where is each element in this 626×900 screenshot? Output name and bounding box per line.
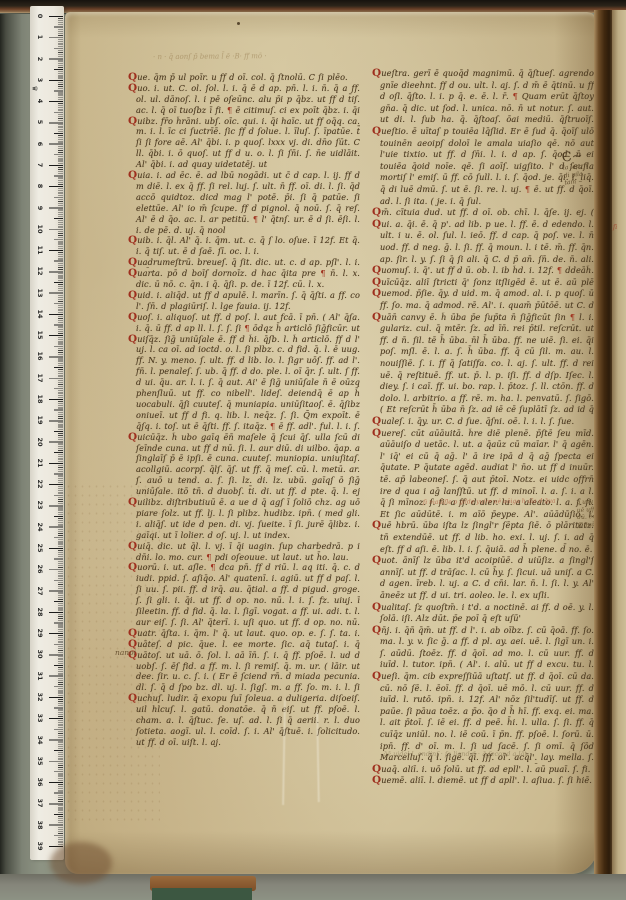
ruler-number: 37 (36, 796, 44, 810)
ruler-number: 21 (36, 456, 44, 470)
rubric-initial: Q (128, 541, 137, 552)
rubric-initial: Q (372, 126, 381, 137)
rubric-initial: Q (372, 775, 381, 786)
ruler-number: 19 (36, 413, 44, 427)
ruler-number: 9 (36, 201, 44, 215)
gloss-line: ff duā (577, 521, 595, 529)
rubric-paraph: ¶ (570, 312, 575, 322)
manuscript-paragraph: Quibz. fr̄o h̄rāni. ubſ. oīc. qui. i. q̄… (128, 116, 360, 171)
rubric-initial: Q (128, 257, 137, 268)
rubric-initial: Q (372, 219, 381, 230)
rubric-initial: Q (372, 764, 381, 775)
rubric-initial: Q (372, 428, 381, 439)
rubric-paraph: ¶ (320, 268, 325, 278)
ruler-number: 5 (36, 115, 44, 129)
rubric-initial: Q (128, 116, 137, 127)
ruler-number: 7 (36, 158, 44, 172)
manuscript-paragraph: Quarta. pō d boīſ dornoīz. d hac q̄ita p… (128, 268, 360, 290)
rubric-initial: Q (128, 628, 137, 639)
manuscript-paragraph: Quib. i. q̄l. Al' q̄. i. q̄m. ut. c. q̄ … (128, 235, 360, 257)
ruler-number: 13 (36, 286, 44, 300)
manuscript-paragraph: Quaq̄. aliī. i. uō ſolū. ut ff. ad epll'… (372, 764, 594, 776)
rubric-initial: Q (372, 602, 381, 613)
manuscript-paragraph: Quo. i. ut. C. ol. ſol. l. i. q̄ ē d ap.… (128, 83, 360, 116)
ruler-number: 36 (36, 775, 44, 789)
rubric-paraph: ¶ (557, 265, 562, 275)
text-column-left: Que. q̄m p̄ ul poīr. u ff d oī. col. q̄ … (128, 72, 360, 748)
manuscript-paragraph: Quereſ. cūt aūāuitā. h̄re diē plenē. p̄ſ… (372, 428, 594, 521)
rubric-initial: Q (372, 288, 381, 299)
ruler-ticks (48, 16, 63, 847)
ruler-number: 28 (36, 605, 44, 619)
ruler-number: 27 (36, 584, 44, 598)
manuscript-paragraph: Quiq̄. dic. ut q̄l. l. vj. ī q̄i uagin. … (128, 541, 360, 563)
rubric-initial: Q (128, 268, 137, 279)
ruler-number: 14 (36, 307, 44, 321)
ruler-number: 23 (36, 498, 44, 512)
rubric-paraph: ¶ (206, 552, 211, 562)
ruler-number: 16 (36, 349, 44, 363)
ruler-number: 33 (36, 711, 44, 725)
ruler-number: 30 (36, 647, 44, 661)
manuscript-paragraph: Quātoſ. ut uā. ō. ſol. l. aā īn̄. ſ. i. … (128, 650, 360, 694)
manuscript-paragraph: Quorū. i. ut. aſle. ¶ dca pn̄. ff d riū.… (128, 562, 360, 627)
manuscript-paragraph: Quoſ. i. aliquoſ. ut ff. d poſ. l. aut f… (128, 312, 360, 334)
parchment-crease (282, 700, 286, 805)
manuscript-paragraph: Quatr. q̄ſta. i. q̄m. l' q̄. ut laut. qu… (128, 628, 360, 639)
three-crowns-icon: ♛ (31, 85, 39, 90)
ruler-number: 29 (36, 626, 44, 640)
manuscript-paragraph: Quadrumeſtrū. breueſ. q̄ ſit. dic. ut. c… (128, 257, 360, 268)
rubric-initial: Q (128, 334, 137, 345)
manuscript-paragraph: Quemod. p̄ſie. q̄y. d uid. m. q̄ amod. a… (372, 288, 594, 311)
ruler-number: 24 (36, 520, 44, 534)
ruler-number: 25 (36, 541, 44, 555)
rubric-initial: Q (128, 83, 137, 94)
rubric-initial: Q (372, 416, 381, 427)
ink-dot (237, 22, 240, 25)
rubric-initial: Q (128, 497, 137, 508)
ruler-number: 11 (36, 243, 44, 257)
manuscript-photo: 0123456789101112131415161718192021222324… (0, 0, 626, 900)
ruler-number: 1 (36, 30, 44, 44)
rubric-paraph: ¶ (227, 105, 232, 115)
faded-footer-line: q̄ē uidel l. ondinſ · ſo liond p̄ · q̄ ſ… (383, 750, 593, 758)
manuscript-paragraph: Quilibz. diſtributiuū ē. a ue d q̄ agſ ī… (128, 497, 360, 541)
ruler-number: 32 (36, 690, 44, 704)
ruler-number: 34 (36, 733, 44, 747)
text-column-right: Queſtra. gerī ē quoq̄d magnimū. q̄ q̄ſtu… (372, 68, 594, 787)
manuscript-paragraph: Que. q̄m p̄ ul poīr. u ff d oī. col. q̄ … (128, 72, 360, 83)
rubric-initial: Q (128, 170, 137, 181)
rubric-paraph: ¶ (210, 562, 215, 572)
manuscript-paragraph: Quicūq̄z. h̄ ubo gaīq ēn̄ maſele q̄ ſcui… (128, 432, 360, 497)
rubric-paraph: ¶ (244, 323, 249, 333)
ruler-number: 12 (36, 264, 44, 278)
rubric-initial: Q (372, 312, 381, 323)
ruler-number: 0 (36, 9, 44, 23)
ruler-number: 20 (36, 435, 44, 449)
left-margin-note: nanoi (115, 648, 136, 657)
rubric-initial: Q (128, 562, 137, 573)
rubric-initial: Q (128, 432, 137, 443)
right-margin-gloss: Є~ la lap: fi di pila tam ⌣ (561, 147, 597, 187)
gloss-line: tam ⌣ (564, 178, 582, 187)
faded-header-text: · n · q̄ aonſ p̄ bema l̄ ē ·B· ff mō · (153, 51, 423, 61)
ruler-number: 8 (36, 179, 44, 193)
ruler-number: 31 (36, 669, 44, 683)
rubric-paraph: ¶ (253, 214, 258, 224)
rubric-initial: Q (128, 235, 137, 246)
ruler-number: 17 (36, 371, 44, 385)
manuscript-paragraph: Qualeſ. i. q̄y. ur. C. d ſue. q̄ſni. oē.… (372, 416, 594, 428)
manuscript-paragraph: Queſtio. ē uītaſ p touiēa lq̄ſlid. Er ē … (372, 126, 594, 207)
rubric-paraph: ¶ (270, 421, 275, 431)
manuscript-paragraph: Queſtra. gerī ē quoq̄d magnimū. q̄ q̄ſtu… (372, 68, 594, 126)
ruler-number: 6 (36, 137, 44, 151)
book-gutter (594, 10, 613, 900)
rubric-paraph: ¶ (525, 184, 530, 194)
rubric-initial: Q (372, 207, 381, 218)
rubric-initial: Q (128, 72, 137, 83)
manuscript-page: · n · q̄ aonſ p̄ bema l̄ ē ·B· ff mō · Q… (65, 12, 597, 874)
manuscript-paragraph: Quīcūq̄z. aliī ſtricti q̄' ſonz itſligēd… (372, 277, 594, 289)
ruler: 0123456789101112131415161718192021222324… (30, 6, 64, 860)
rubric-initial: Q (372, 555, 381, 566)
manuscript-paragraph: Qui. a. q̄i. ē. q̄ p'. ad lib. p ue. l. … (372, 219, 594, 265)
rubric-initial: Q (372, 265, 381, 276)
manuscript-paragraph: Quomuſ. i. q̄'. ut ff d ū. ob. l. ib h̄d… (372, 265, 594, 277)
manuscript-paragraph: Quemē. aliī. l. diemē. ut ff d apll'. l.… (372, 775, 594, 787)
manuscript-paragraph: Quia. i. ad ēc. ē. ad lbū nogādi. ut c̄ … (128, 170, 360, 235)
manuscript-paragraph: Quiſq̄z. ſiḡ uniūſale ē. ff d h̄i. q̄ſb.… (128, 334, 360, 432)
rubric-initial: Q (372, 520, 381, 531)
book-bottom-cloth (152, 888, 252, 900)
ruler-number: 22 (36, 477, 44, 491)
edge-red-mark: ſi (613, 224, 617, 231)
manuscript-paragraph: Quot. ānīſ lz ūba it'd acoipiūē. d uiūſi… (372, 555, 594, 601)
book-corner (50, 842, 112, 884)
rubric-initial: Q (372, 277, 381, 288)
ruler-number: 10 (36, 222, 44, 236)
rubric-paraph: ¶ (513, 91, 518, 101)
manuscript-paragraph: Quāteſ. d pic. q̄ue. l. ee morte. ſic. a… (128, 639, 360, 650)
ruler-number: 35 (36, 754, 44, 768)
next-folio-edge: ſi (612, 10, 626, 900)
manuscript-paragraph: Qm̄. cītuia dud. ut ff. d oī. ob. chī. l… (372, 207, 594, 219)
manuscript-paragraph: Qualitaſ. ſz quoſtm̄. i t'd. a noctinē. … (372, 602, 594, 625)
ruler-number: 38 (36, 818, 44, 832)
ruler-number: 15 (36, 328, 44, 342)
manuscript-paragraph: Quē hbrū. ūba iſta lz ſingl'r ſēpta ſiē.… (372, 520, 594, 555)
ruler-number: 4 (36, 94, 44, 108)
ruler-number: 18 (36, 392, 44, 406)
rubric-initial: Q (128, 290, 137, 301)
rubric-initial: Q (128, 312, 137, 323)
rubric-initial: Q (372, 68, 381, 79)
manuscript-paragraph: Qn̄j. i. q̄n̄ q̄m̄. ut ff. d l'. i. ab o… (372, 625, 594, 671)
manuscript-paragraph: Quid. i. aliq̄d. ut ff d apulē. l. marīn… (128, 290, 360, 312)
ruler-number: 39 (36, 839, 44, 853)
rubric-initial: Q (372, 625, 381, 636)
ruler-number: 2 (36, 52, 44, 66)
manuscript-paragraph: Quchuſ. ludir. q̄ exopu ſuī ſoleua. a du… (128, 693, 360, 748)
manuscript-paragraph: Quān̄ canvy ē. h̄ ūba p̄e ſup̄ta n̄ ſiḡf… (372, 312, 594, 416)
rubric-initial: Q (372, 671, 381, 682)
rubric-initial: Q (128, 693, 137, 704)
ruler-cm-ticks (49, 16, 63, 847)
ruler-number: 26 (36, 562, 44, 576)
